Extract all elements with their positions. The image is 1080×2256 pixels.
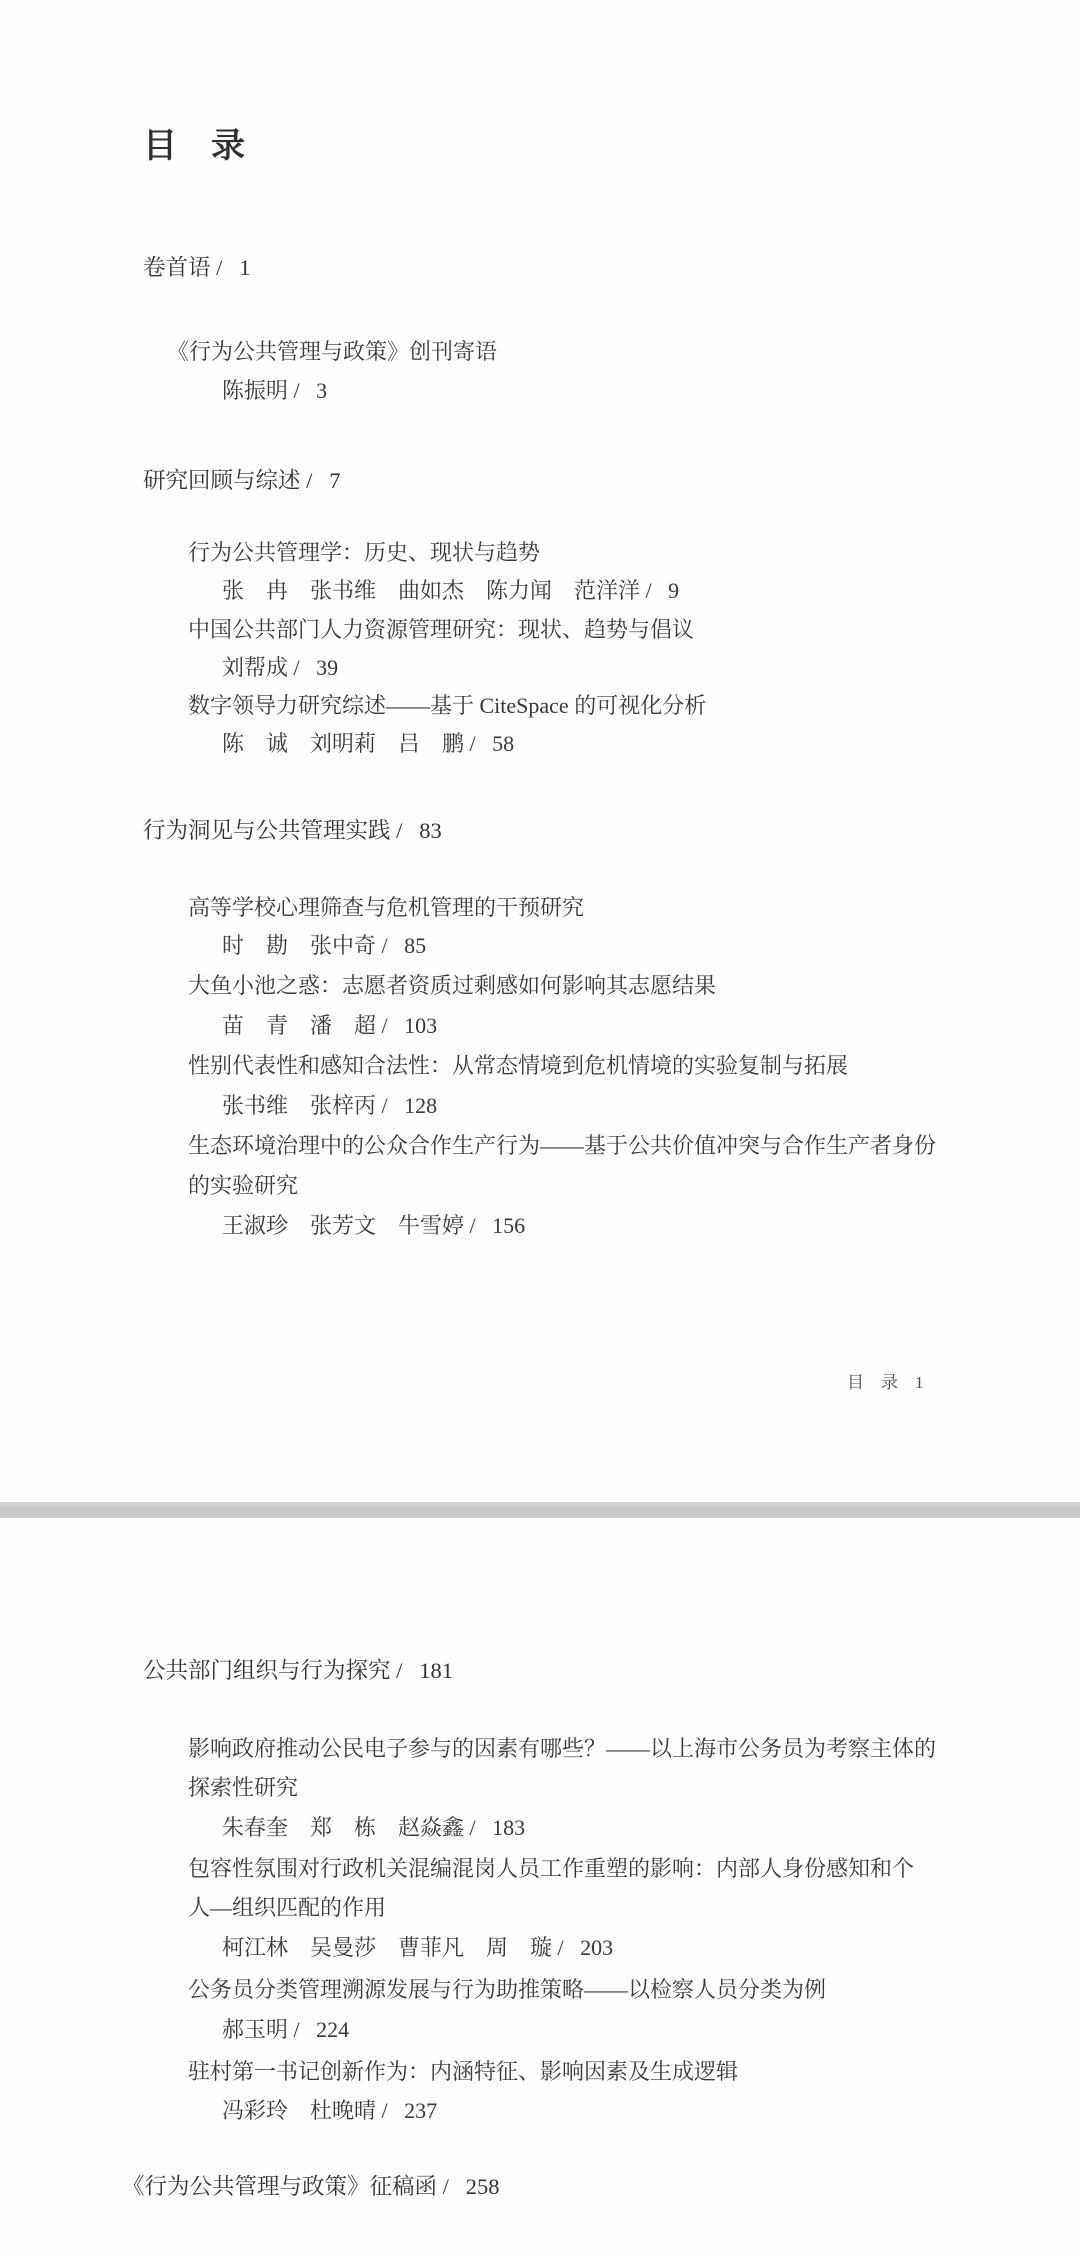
toc-article-title: 生态环境治理中的公众合作生产行为——基于公共价值冲突与合作生产者身份 bbox=[188, 1132, 1080, 1160]
toc-call-for-papers: 《行为公共管理与政策》征稿函 / 258 bbox=[122, 2173, 1080, 2201]
toc-page-2: 公共部门组织与行为探究 / 181 影响政府推动公民电子参与的因素有哪些？——以… bbox=[0, 1518, 1080, 2256]
toc-article-title: 包容性氛围对行政机关混编混岗人员工作重塑的影响：内部人身份感知和个 bbox=[188, 1855, 1080, 1883]
toc-authors: 陈 诚 刘明莉 吕 鹏 / 58 bbox=[222, 730, 1080, 758]
toc-authors: 张 冉 张书维 曲如杰 陈力闻 范洋洋 / 9 bbox=[222, 577, 1080, 605]
toc-authors: 苗 青 潘 超 / 103 bbox=[222, 1012, 1080, 1040]
toc-article-title: 影响政府推动公民电子参与的因素有哪些？——以上海市公务员为考察主体的 bbox=[188, 1735, 1080, 1763]
toc-article-title: 中国公共部门人力资源管理研究：现状、趋势与倡议 bbox=[188, 616, 1080, 644]
toc-article-title: 数字领导力研究综述——基于 CiteSpace 的可视化分析 bbox=[188, 692, 1080, 720]
toc-authors: 陈振明 / 3 bbox=[222, 377, 1080, 405]
toc-article-title: 大鱼小池之惑：志愿者资质过剩感如何影响其志愿结果 bbox=[188, 972, 1080, 1000]
toc-section: 卷首语 / 1 bbox=[143, 254, 1080, 282]
toc-article-title: 驻村第一书记创新作为：内涵特征、影响因素及生成逻辑 bbox=[188, 2058, 1080, 2086]
toc-section: 公共部门组织与行为探究 / 181 bbox=[143, 1657, 1080, 1685]
toc-authors: 王淑珍 张芳文 牛雪婷 / 156 bbox=[222, 1212, 1080, 1240]
toc-authors: 冯彩玲 杜晚晴 / 237 bbox=[222, 2097, 1080, 2125]
toc-authors: 柯江林 吴曼莎 曹菲凡 周 璇 / 203 bbox=[222, 1934, 1080, 1962]
page-footer: 目 录 1 bbox=[847, 1372, 924, 1394]
toc-authors: 朱春奎 郑 栋 赵焱鑫 / 183 bbox=[222, 1814, 1080, 1842]
toc-article-title: 公务员分类管理溯源发展与行为助推策略——以检察人员分类为例 bbox=[188, 1976, 1080, 2004]
toc-section: 行为洞见与公共管理实践 / 83 bbox=[143, 817, 1080, 845]
toc-heading: 目 录 bbox=[143, 126, 1080, 168]
toc-page-1: 目 录 卷首语 / 1 《行为公共管理与政策》创刊寄语 陈振明 / 3 研究回顾… bbox=[0, 0, 1080, 1502]
toc-article-title-wrap: 的实验研究 bbox=[188, 1172, 1080, 1200]
page-gap-divider bbox=[0, 1502, 1080, 1518]
toc-authors: 时 勘 张中奇 / 85 bbox=[222, 932, 1080, 960]
toc-authors: 张书维 张梓丙 / 128 bbox=[222, 1092, 1080, 1120]
toc-article-title: 性别代表性和感知合法性：从常态情境到危机情境的实验复制与拓展 bbox=[188, 1052, 1080, 1080]
toc-authors: 刘帮成 / 39 bbox=[222, 654, 1080, 682]
toc-article-title-wrap: 人—组织匹配的作用 bbox=[188, 1894, 1080, 1922]
toc-article-title: 《行为公共管理与政策》创刊寄语 bbox=[167, 338, 1080, 366]
toc-section: 研究回顾与综述 / 7 bbox=[143, 467, 1080, 495]
toc-article-title: 行为公共管理学：历史、现状与趋势 bbox=[188, 539, 1080, 567]
toc-authors: 郝玉明 / 224 bbox=[222, 2016, 1080, 2044]
toc-article-title: 高等学校心理筛查与危机管理的干预研究 bbox=[188, 894, 1080, 922]
toc-article-title-wrap: 探索性研究 bbox=[188, 1774, 1080, 1802]
